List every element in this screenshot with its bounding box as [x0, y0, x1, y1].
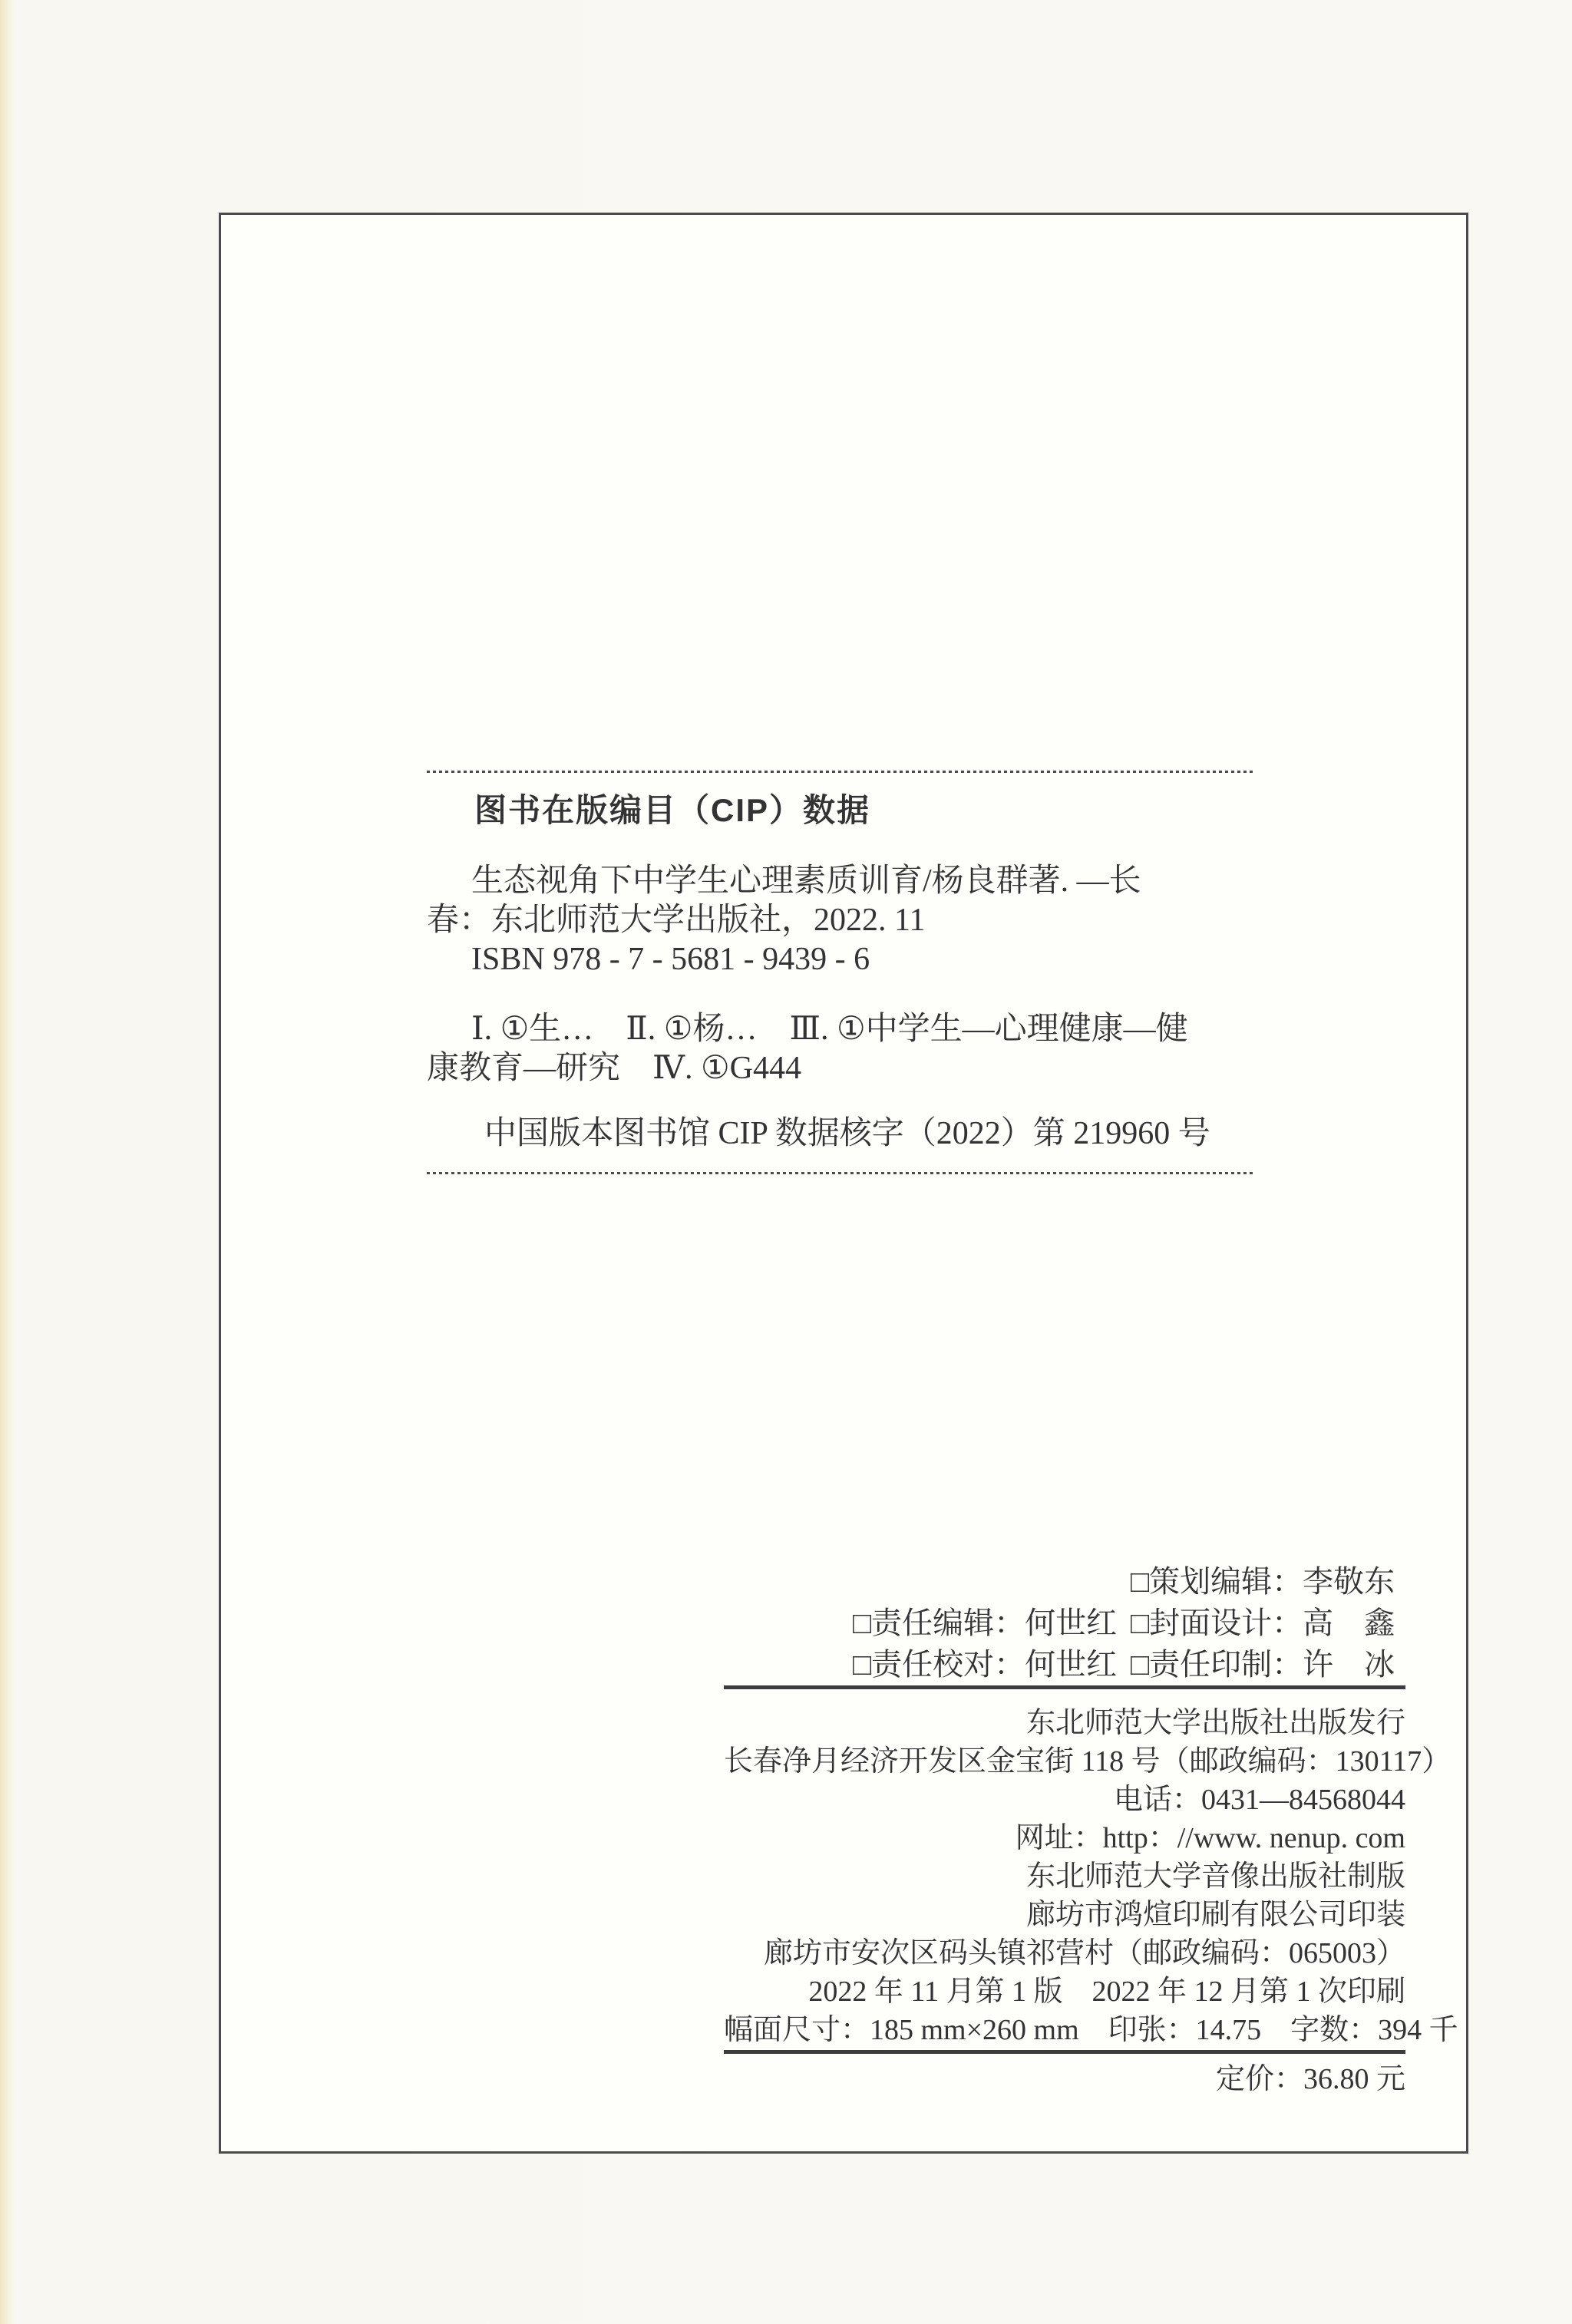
- cip-heading: 图书在版编目（CIP）数据: [427, 791, 1253, 830]
- credit-left: [853, 1561, 1131, 1603]
- publisher-website-line: 网址：http：//www. nenup. com: [724, 1819, 1405, 1857]
- cip-data-block: 图书在版编目（CIP）数据 生态视角下中学生心理素质训育/杨良群著. —长 春：…: [427, 771, 1253, 1174]
- price: 定价：36.80 元: [724, 2060, 1405, 2098]
- publisher-address-line: 长春净月经济开发区金宝街 118 号（邮政编码：130117）: [724, 1742, 1405, 1781]
- dotted-divider-top: [427, 771, 1253, 773]
- printer-address-line: 廊坊市安次区码头镇祁营村（邮政编码：065003）: [724, 1934, 1405, 1972]
- printer-line: 廊坊市鸿煊印刷有限公司印装: [724, 1896, 1405, 1934]
- cip-class-line-2: 康教育—研究 Ⅳ. ①G444: [427, 1049, 1253, 1088]
- credit-planning-editor: □策划编辑：李敬东: [1131, 1561, 1572, 1603]
- cip-entry-line-1: 生态视角下中学生心理素质训育/杨良群著. —长: [427, 862, 1253, 901]
- cip-entry: 生态视角下中学生心理素质训育/杨良群著. —长 春：东北师范大学出版社，2022…: [427, 862, 1253, 979]
- credit-row: □责任校对：何世红 □责任印制：许 冰: [853, 1644, 1572, 1685]
- cip-entry-line-2: 春：东北师范大学出版社，2022. 11: [427, 901, 1253, 940]
- dotted-divider-bottom: [427, 1172, 1253, 1174]
- credit-responsible-editor: □责任编辑：何世红: [853, 1603, 1131, 1644]
- credit-cover-designer: □封面设计：高 鑫: [1131, 1603, 1572, 1644]
- edition-line: 2022 年 11 月第 1 版 2022 年 12 月第 1 次印刷: [724, 1972, 1405, 2011]
- divider-rule-bottom: [724, 2050, 1405, 2054]
- credit-row: □策划编辑：李敬东: [853, 1561, 1572, 1603]
- publisher-line: 东北师范大学出版社出版发行: [724, 1704, 1405, 1742]
- credit-row: □责任编辑：何世红 □封面设计：高 鑫: [853, 1603, 1572, 1644]
- credit-proofreader: □责任校对：何世红: [853, 1644, 1131, 1685]
- staff-credits: □策划编辑：李敬东 □责任编辑：何世红 □封面设计：高 鑫 □责任校对：何世红 …: [853, 1561, 1572, 1685]
- cip-isbn: ISBN 978 - 7 - 5681 - 9439 - 6: [427, 940, 1253, 979]
- publisher-phone-line: 电话：0431—84568044: [724, 1781, 1405, 1819]
- publisher-colophon: 东北师范大学出版社出版发行 长春净月经济开发区金宝街 118 号（邮政编码：13…: [724, 1704, 1405, 2049]
- cip-record-number: 中国版本图书馆 CIP 数据核字（2022）第 219960 号: [427, 1114, 1253, 1154]
- book-page: 图书在版编目（CIP）数据 生态视角下中学生心理素质训育/杨良群著. —长 春：…: [219, 213, 1468, 2154]
- scanned-copyright-page: { "cip": { "heading": "图书在版编目（CIP）数据", "…: [0, 0, 1572, 2324]
- divider-rule-top: [724, 1685, 1405, 1689]
- cip-classification: Ⅰ. ①生… Ⅱ. ①杨… Ⅲ. ①中学生—心理健康—健 康教育—研究 Ⅳ. ①…: [427, 1010, 1253, 1088]
- platemaking-line: 东北师范大学音像出版社制版: [724, 1857, 1405, 1896]
- cip-class-line-1: Ⅰ. ①生… Ⅱ. ①杨… Ⅲ. ①中学生—心理健康—健: [427, 1010, 1253, 1049]
- format-line: 幅面尺寸：185 mm×260 mm 印张：14.75 字数：394 千: [724, 2011, 1405, 2049]
- credit-print-supervisor: □责任印制：许 冰: [1131, 1644, 1572, 1685]
